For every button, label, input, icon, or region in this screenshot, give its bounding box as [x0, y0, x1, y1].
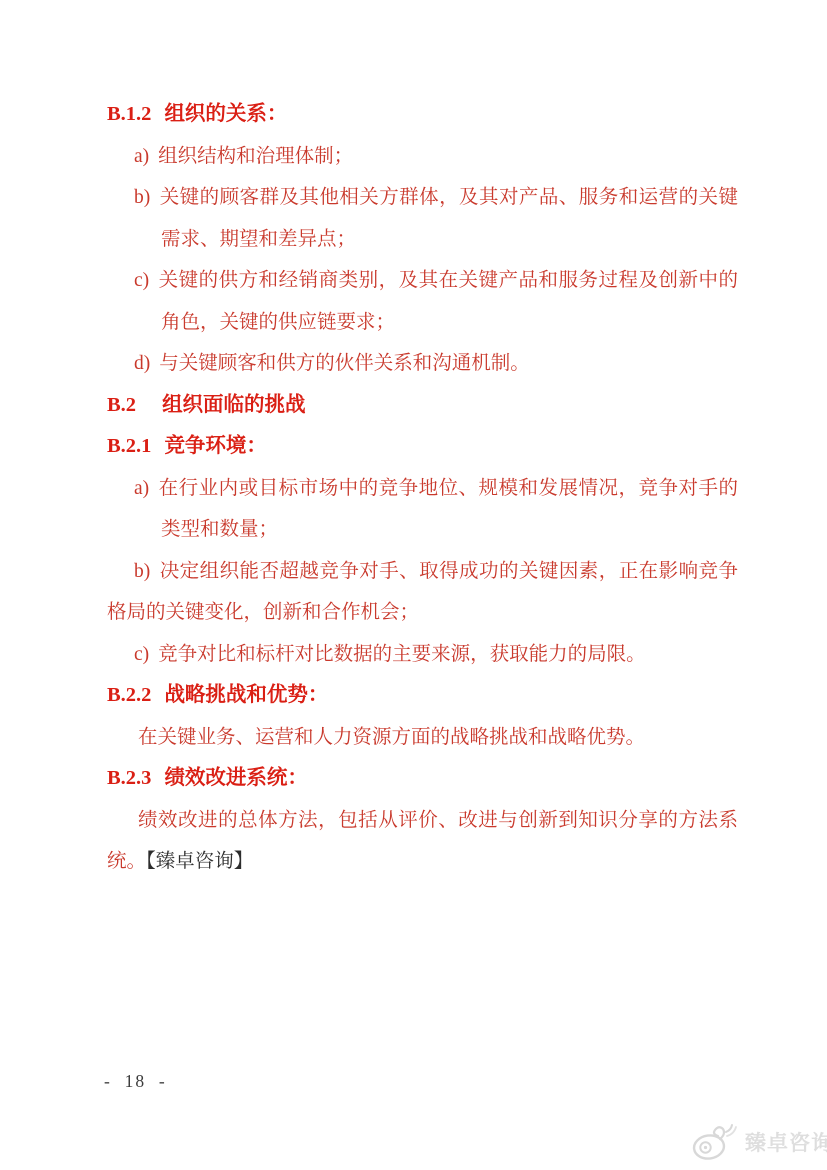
- heading-text: 竞争环境：: [164, 435, 267, 457]
- text-line: 格局的关键变化，创新和合作机会；: [107, 592, 738, 634]
- list-item-line: c)关键的供方和经销商类别，及其在关键产品和服务过程及创新中的: [107, 260, 738, 302]
- list-marker: c): [134, 644, 149, 665]
- watermark: 臻卓咨询: [690, 1122, 827, 1162]
- list-item-line: a)组织结构和治理体制；: [107, 136, 738, 178]
- list-marker: c): [134, 270, 149, 291]
- heading-line: B.2.3绩效改进系统：: [107, 758, 738, 800]
- list-item-text: 决定组织能否超越竞争对手、取得成功的关键因素，正在影响竞争: [159, 561, 738, 582]
- bracket-label: 【臻卓咨询】: [146, 851, 253, 872]
- body-text: 格局的关键变化，创新和合作机会；: [107, 602, 419, 623]
- body-text: 类型和数量；: [161, 519, 278, 540]
- heading-number: B.2: [107, 394, 136, 416]
- list-item-line: b)关键的顾客群及其他相关方群体，及其对产品、服务和运营的关键: [107, 177, 738, 219]
- text-line: 统。【臻卓咨询】: [107, 841, 738, 883]
- heading-line: B.2组织面临的挑战: [107, 385, 738, 427]
- text-line: 类型和数量；: [107, 509, 738, 551]
- text-line: 在关键业务、运营和人力资源方面的战略挑战和战略优势。: [107, 717, 738, 759]
- heading-line: B.2.1竞争环境：: [107, 426, 738, 468]
- document-page: B.1.2组织的关系：a)组织结构和治理体制；b)关键的顾客群及其他相关方群体，…: [0, 0, 827, 1170]
- list-item-line: a)在行业内或目标市场中的竞争地位、规模和发展情况，竞争对手的: [107, 468, 738, 510]
- body-text: 需求、期望和差异点；: [161, 229, 356, 250]
- body-text: 角色，关键的供应链要求；: [161, 312, 395, 333]
- heading-text: 绩效改进系统：: [164, 767, 308, 789]
- heading-number: B.2.2: [107, 684, 151, 706]
- body-text: 绩效改进的总体方法，包括从评价、改进与创新到知识分享的方法系: [138, 810, 738, 831]
- body-text: 统。: [107, 851, 146, 872]
- text-line: 角色，关键的供应链要求；: [107, 302, 738, 344]
- heading-number: B.1.2: [107, 103, 151, 125]
- list-item-line: c)竞争对比和标杆对比数据的主要来源，获取能力的局限。: [107, 634, 738, 676]
- text-line: 需求、期望和差异点；: [107, 219, 738, 261]
- list-item-line: d)与关键顾客和供方的伙伴关系和沟通机制。: [107, 343, 738, 385]
- page-number: - 18 -: [104, 1071, 167, 1092]
- list-marker: d): [134, 353, 150, 374]
- list-item-line: b)决定组织能否超越竞争对手、取得成功的关键因素，正在影响竞争: [107, 551, 738, 593]
- heading-text: 战略挑战和优势：: [164, 684, 328, 706]
- list-item-text: 关键的供方和经销商类别，及其在关键产品和服务过程及创新中的: [158, 270, 738, 291]
- list-marker: b): [134, 187, 150, 208]
- list-marker: b): [134, 561, 150, 582]
- heading-number: B.2.3: [107, 767, 151, 789]
- watermark-text: 臻卓咨询: [745, 1127, 827, 1157]
- list-marker: a): [134, 478, 149, 499]
- list-marker: a): [134, 146, 149, 167]
- document-body: B.1.2组织的关系：a)组织结构和治理体制；b)关键的顾客群及其他相关方群体，…: [107, 94, 738, 883]
- heading-line: B.1.2组织的关系：: [107, 94, 738, 136]
- heading-line: B.2.2战略挑战和优势：: [107, 675, 738, 717]
- list-item-text: 组织结构和治理体制；: [158, 146, 353, 167]
- list-item-text: 与关键顾客和供方的伙伴关系和沟通机制。: [159, 353, 530, 374]
- text-line: 绩效改进的总体方法，包括从评价、改进与创新到知识分享的方法系: [107, 800, 738, 842]
- list-item-text: 在行业内或目标市场中的竞争地位、规模和发展情况，竞争对手的: [158, 478, 738, 499]
- body-text: 在关键业务、运营和人力资源方面的战略挑战和战略优势。: [138, 727, 645, 748]
- list-item-text: 竞争对比和标杆对比数据的主要来源，获取能力的局限。: [158, 644, 646, 665]
- heading-number: B.2.1: [107, 435, 151, 457]
- list-item-text: 关键的顾客群及其他相关方群体，及其对产品、服务和运营的关键: [159, 187, 738, 208]
- heading-text: 组织的关系：: [164, 103, 287, 125]
- heading-text: 组织面临的挑战: [162, 394, 306, 416]
- weibo-bird-icon: [690, 1122, 738, 1162]
